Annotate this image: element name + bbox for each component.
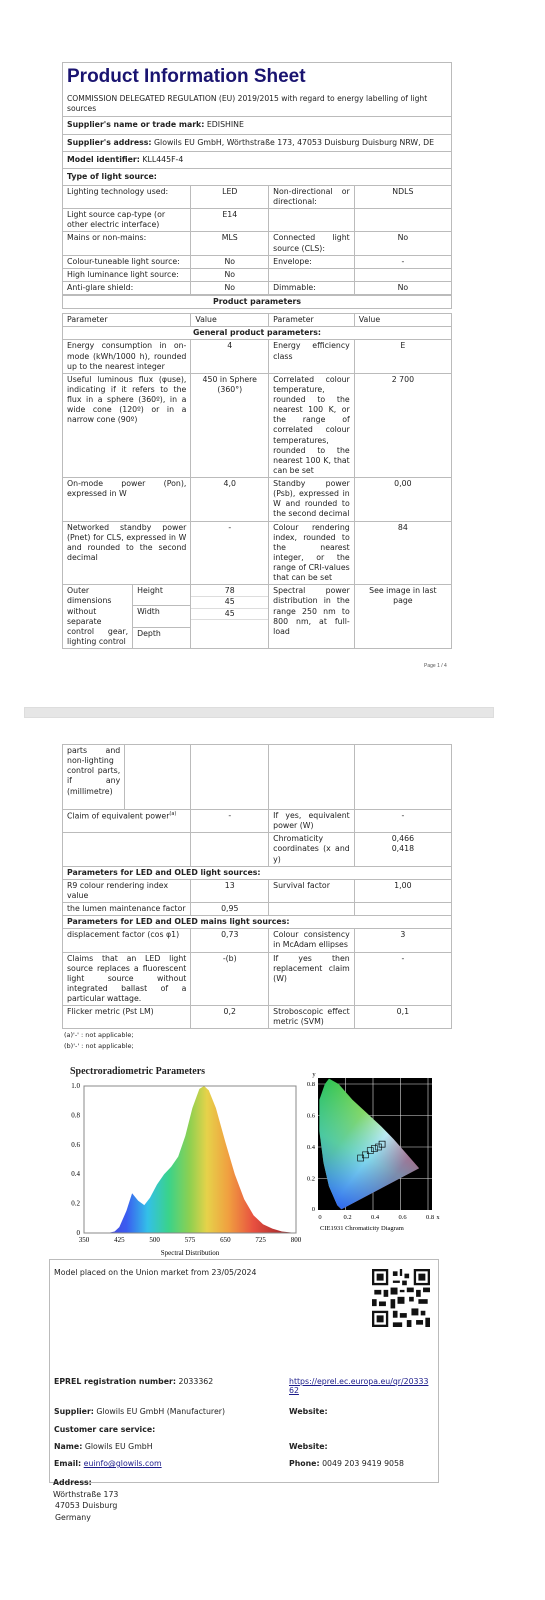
table-cell: No (191, 255, 269, 268)
table-cell: No (354, 232, 451, 255)
email-label: Email: (54, 1459, 81, 1468)
svg-text:425: 425 (114, 1236, 125, 1244)
table-row: Claims that an LED light source replaces… (63, 952, 452, 1006)
website-label: Website: (289, 1407, 328, 1416)
table-cell: -(b) (191, 952, 269, 1006)
table-row: Colour-tuneable light source:NoEnvelope:… (63, 255, 452, 268)
address-line: Germany (53, 1512, 118, 1524)
svg-text:0.4: 0.4 (307, 1144, 316, 1151)
table-cell: 0,466 0,418 (354, 833, 451, 866)
supplier-name-row: Supplier's name or trade mark: EDISHINE (62, 116, 452, 133)
table-row: R9 colour rendering index value13Surviva… (63, 879, 452, 902)
table-cell: Survival factor (269, 879, 355, 902)
table-cell: - (354, 952, 451, 1006)
table-cell: Energy consumption in on-mode (kWh/1000 … (63, 340, 191, 373)
dimension-name: Width (133, 606, 191, 627)
table-cell: 13 (191, 879, 269, 902)
svg-text:650: 650 (220, 1236, 231, 1244)
eprel-value: 2033362 (178, 1377, 213, 1386)
product-params-heading: Product parameters (63, 296, 452, 309)
table-row: Networked standby power (Pnet) for CLS, … (63, 521, 452, 585)
supplier-value: Glowils EU GmbH (Manufacturer) (96, 1407, 225, 1416)
table-cell (191, 745, 269, 810)
table-cell: High luminance light source: (63, 268, 191, 281)
svg-text:0: 0 (318, 1214, 321, 1221)
svg-text:0.6: 0.6 (307, 1113, 316, 1120)
table-cell: 2 700 (354, 373, 451, 477)
info-sheet-page-2: parts and non-lighting control parts, if… (62, 744, 452, 1050)
table-cell: - (191, 810, 269, 833)
table-cell: Connected light source (CLS): (269, 232, 355, 255)
general-parameters-table: ParameterValueParameterValueGeneral prod… (62, 313, 452, 649)
model-value: KLL445F-4 (142, 155, 183, 164)
table-cell (63, 833, 191, 866)
table-cell (354, 209, 451, 232)
table-row: High luminance light source:No (63, 268, 452, 281)
model-label: Model identifier: (67, 155, 140, 164)
table-cell: - (354, 810, 451, 833)
table-cell: No (191, 281, 269, 294)
spectral-label: Spectral power distribution in the range… (269, 585, 355, 649)
supplier-address-label: Supplier's address: (67, 138, 152, 147)
column-header: Value (191, 314, 269, 327)
table-cell: 0,1 (354, 1006, 451, 1029)
svg-text:Spectral Distribution: Spectral Distribution (161, 1249, 220, 1257)
table-cell: Claims that an LED light source replaces… (63, 952, 191, 1006)
market-date: Model placed on the Union market from 23… (54, 1268, 256, 1277)
table-cell: 1,00 (354, 879, 451, 902)
supplier-name-value: EDISHINE (207, 120, 244, 129)
svg-text:0.2: 0.2 (343, 1214, 351, 1221)
spectral-distribution-chart: 35042550057565072580000.20.40.60.81.0Spe… (56, 1078, 306, 1268)
table-cell: displacement factor (cos φ1) (63, 929, 191, 952)
table-cell (269, 745, 355, 810)
table-cell: NDLS (354, 185, 451, 208)
table-cell: Chromaticity coordinates (x and y) (269, 833, 355, 866)
table-cell: Colour rendering index, rounded to the n… (269, 521, 355, 585)
name-value: Glowils EU GmbH (85, 1442, 153, 1451)
light-source-heading-text: Type of light source: (67, 172, 157, 181)
website2-label: Website: (289, 1442, 328, 1451)
table-cell: Colour consistency in McAdam ellipses (269, 929, 355, 952)
table-cell: Stroboscopic effect metric (SVM) (269, 1006, 355, 1029)
table-cell: 450 in Sphere (360°) (191, 373, 269, 477)
table-cell: Light source cap-type (or other electric… (63, 209, 191, 232)
dimension-name: Height (133, 585, 191, 606)
supplier-name-label: Supplier's name or trade mark: (67, 120, 204, 129)
page-title: Product Information Sheet (62, 62, 452, 92)
table-cell: 0,00 (354, 478, 451, 522)
svg-text:0: 0 (77, 1229, 81, 1237)
table-cell (191, 833, 269, 866)
footnote-a: (a)'-' : not applicable; (62, 1029, 452, 1039)
svg-text:0.8: 0.8 (426, 1214, 434, 1221)
table-cell: 4 (191, 340, 269, 373)
table-cell: Correlated colour temperature, rounded t… (269, 373, 355, 477)
table-cell: Claim of equivalent power(a) (63, 810, 191, 833)
table-cell: Energy efficiency class (269, 340, 355, 373)
svg-text:0.4: 0.4 (71, 1170, 80, 1178)
regulation-text: COMMISSION DELEGATED REGULATION (EU) 201… (62, 92, 452, 117)
light-source-heading: Type of light source: (62, 168, 452, 185)
table-row: displacement factor (cos φ1)0,73Colour c… (63, 929, 452, 952)
section-heading: Parameters for LED and OLED mains light … (63, 916, 452, 929)
svg-text:y: y (312, 1071, 316, 1078)
table-cell: Useful luminous flux (φuse), indicating … (63, 373, 191, 477)
page-divider (24, 707, 494, 718)
table-row: Flicker metric (Pst LM)0,2Stroboscopic e… (63, 1006, 452, 1029)
table-cell: 0,73 (191, 929, 269, 952)
phone-value: 0049 203 9419 9058 (322, 1459, 404, 1468)
svg-text:0.2: 0.2 (307, 1176, 315, 1183)
chart-title: Spectroradiometric Parameters (70, 1066, 205, 1077)
info-sheet-page-1: Product Information Sheet COMMISSION DEL… (62, 62, 452, 649)
table-cell: Flicker metric (Pst LM) (63, 1006, 191, 1029)
svg-text:0.8: 0.8 (71, 1111, 80, 1119)
table-cell: Dimmable: (269, 281, 355, 294)
spectral-charts: Spectroradiometric Parameters 3504255005… (56, 1060, 446, 1260)
table-row: General product parameters: (63, 327, 452, 340)
dimension-values: 784545 (191, 585, 269, 649)
svg-text:0: 0 (312, 1206, 315, 1213)
email-link[interactable]: euinfo@glowils.com (84, 1459, 162, 1468)
page-number: Page 1 / 4 (424, 663, 447, 669)
table-cell: 84 (354, 521, 451, 585)
name-label: Name: (54, 1442, 82, 1451)
dimension-name: Depth (133, 627, 191, 648)
table-cell (125, 745, 191, 810)
table-cell (354, 268, 451, 281)
supplier-address-row: Supplier's address: Glowils EU GmbH, Wör… (62, 134, 452, 151)
table-cell: Standby power (Psb), expressed in W and … (269, 478, 355, 522)
table-cell: No (191, 268, 269, 281)
section-heading: General product parameters: (63, 327, 452, 340)
svg-text:0.8: 0.8 (307, 1081, 315, 1088)
svg-text:0.2: 0.2 (71, 1200, 80, 1208)
svg-text:725: 725 (255, 1236, 266, 1244)
table-cell: Envelope: (269, 255, 355, 268)
table-row: the lumen maintenance factor0,95 (63, 903, 452, 916)
table-row: Mains or non-mains:MLSConnected light so… (63, 232, 452, 255)
table-cell (354, 903, 451, 916)
table-row: Useful luminous flux (φuse), indicating … (63, 373, 452, 477)
table-cell: Lighting technology used: (63, 185, 191, 208)
address-line: Wörthstraße 173 (53, 1489, 118, 1501)
table-row: Outer dimensions without separate contro… (63, 585, 452, 649)
table-cell (269, 209, 355, 232)
qr-code-icon[interactable] (372, 1269, 430, 1327)
svg-text:500: 500 (149, 1236, 160, 1244)
table-row: Parameters for LED and OLED mains light … (63, 916, 452, 929)
table-cell: Colour-tuneable light source: (63, 255, 191, 268)
svg-text:575: 575 (185, 1236, 196, 1244)
footnote-b: (b)'-' : not applicable; (62, 1040, 452, 1050)
table-cell: On-mode power (Pon), expressed in W (63, 478, 191, 522)
supplier-label: Supplier: (54, 1407, 94, 1416)
address-label: Address: (53, 1478, 92, 1487)
spectral-value: See image in last page (354, 585, 451, 649)
table-row: ParameterValueParameterValue (63, 314, 452, 327)
eprel-card: Model placed on the Union market from 23… (49, 1259, 439, 1483)
table-row: Lighting technology used:LEDNon-directio… (63, 185, 452, 208)
parameters-table-continued: parts and non-lighting control parts, if… (62, 744, 452, 1029)
table-cell: 0,95 (191, 903, 269, 916)
dimensions-label: Outer dimensions without separate contro… (63, 585, 133, 648)
table-row: Light source cap-type (or other electric… (63, 209, 452, 232)
column-header: Parameter (269, 314, 355, 327)
svg-text:CIE1931 Chromaticity Diagram: CIE1931 Chromaticity Diagram (320, 1225, 404, 1232)
table-cell: Anti-glare shield: (63, 281, 191, 294)
table-cell: 3 (354, 929, 451, 952)
table-cell: 0,2 (191, 1006, 269, 1029)
table-row: On-mode power (Pon), expressed in W4,0St… (63, 478, 452, 522)
table-cell: E (354, 340, 451, 373)
phone-label: Phone: (289, 1459, 320, 1468)
svg-text:1.0: 1.0 (71, 1082, 80, 1090)
table-row: Anti-glare shield:NoDimmable:No (63, 281, 452, 294)
table-cell: - (191, 521, 269, 585)
dimensions-cell: Outer dimensions without separate contro… (63, 585, 191, 649)
table-row: parts and non-lighting control parts, if… (63, 745, 452, 810)
table-cell: No (354, 281, 451, 294)
column-header: Parameter (63, 314, 191, 327)
table-cell: If yes then replacement claim (W) (269, 952, 355, 1006)
eprel-link[interactable]: https://eprel.ec.europa.eu/qr/2033362 (289, 1377, 428, 1395)
table-cell: MLS (191, 232, 269, 255)
light-source-table: Lighting technology used:LEDNon-directio… (62, 185, 452, 295)
table-row: Energy consumption in on-mode (kWh/1000 … (63, 340, 452, 373)
cie-chromaticity-chart: 00.20.40.60.8x00.20.40.60.8yCIE1931 Chro… (300, 1062, 440, 1252)
table-row: Claim of equivalent power(a)-If yes, equ… (63, 810, 452, 833)
table-cell: - (354, 255, 451, 268)
dimensions-label-continued: parts and non-lighting control parts, if… (63, 745, 125, 810)
table-cell: R9 colour rendering index value (63, 879, 191, 902)
address-line: 47053 Duisburg (53, 1500, 118, 1512)
table-cell: Mains or non-mains: (63, 232, 191, 255)
table-cell: E14 (191, 209, 269, 232)
svg-text:0.6: 0.6 (398, 1214, 407, 1221)
table-row: Parameters for LED and OLED light source… (63, 866, 452, 879)
section-heading: Parameters for LED and OLED light source… (63, 866, 452, 879)
table-cell (269, 268, 355, 281)
table-row: Chromaticity coordinates (x and y)0,466 … (63, 833, 452, 866)
svg-text:x: x (436, 1214, 440, 1221)
eprel-label: EPREL registration number: (54, 1377, 176, 1386)
table-cell: If yes, equivalent power (W) (269, 810, 355, 833)
table-cell: Networked standby power (Pnet) for CLS, … (63, 521, 191, 585)
product-parameters-table: Product parameters (62, 295, 452, 309)
address-block: Address: Wörthstraße 173 47053 Duisburg … (53, 1477, 118, 1524)
table-cell (354, 745, 451, 810)
table-cell: the lumen maintenance factor (63, 903, 191, 916)
svg-text:0.4: 0.4 (371, 1214, 380, 1221)
table-cell: Non-directional or directional: (269, 185, 355, 208)
svg-text:350: 350 (79, 1236, 90, 1244)
table-cell: 4,0 (191, 478, 269, 522)
svg-text:0.6: 0.6 (71, 1141, 80, 1149)
customer-care-label: Customer care service: (54, 1425, 155, 1434)
spectral-area (84, 1086, 296, 1233)
supplier-address-value: Glowils EU GmbH, Wörthstraße 173, 47053 … (154, 138, 434, 147)
table-cell (269, 903, 355, 916)
table-cell: LED (191, 185, 269, 208)
column-header: Value (354, 314, 451, 327)
model-row: Model identifier: KLL445F-4 (62, 151, 452, 168)
